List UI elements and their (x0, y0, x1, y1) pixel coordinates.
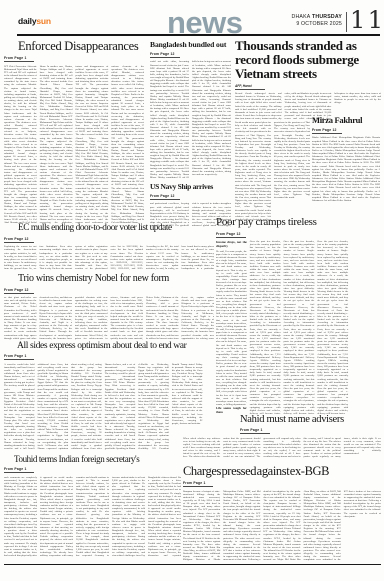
dateline: DHAKA THURSDAY 9 OCTOBER 2025 (260, 14, 342, 28)
kicker-from-page: From Page 12 (216, 231, 246, 238)
headline: Bangladesh bundled out (150, 41, 231, 49)
article-touhid-comments: Touhid terms Indian foreign secretary's … (4, 455, 181, 560)
dateline-city-day: DHAKA THURSDAY (260, 14, 342, 21)
article-body: so that giant molecules can enter and ex… (4, 296, 214, 342)
article-vietnam-floods-continuation: Social media users posted pleas for help… (235, 121, 310, 222)
article-charges-ex-bgb: Charges pressed against ex-BGB From Page… (183, 465, 381, 562)
article-ec-voter-list: EC mulls ending door-to-door voter list … (4, 224, 214, 273)
headline: Mirza Fakhrul (312, 116, 380, 125)
page-number-divider (346, 12, 347, 32)
kicker-from-page: From Page 12 (312, 127, 342, 134)
article-body: Dhaka Additional Chief Metropolitan Magi… (312, 136, 380, 226)
article-body: Social media users posted pleas for help… (235, 121, 310, 222)
masthead-rule (17, 34, 380, 37)
newspaper-page: dailysun news DHAKA THURSDAY 9 OCTOBER 2… (0, 0, 384, 581)
article-enforced-disappearances: Enforced Disappearances From Page 1 ICT … (4, 40, 144, 225)
kicker-from-page: From Page 1 (4, 466, 34, 473)
logo-daily: daily (18, 16, 36, 26)
headline: US Navy Ship arrives (150, 183, 231, 191)
article-body: could not settle either, becoming Omarza… (150, 60, 231, 180)
article-nahid-advisers: Nahid must name advisers From Page 1 Whe… (183, 414, 381, 461)
daily-sun-logo: dailysun (18, 16, 51, 26)
kicker-from-page: From Page 1 (183, 480, 213, 487)
subhead-income-drops: Income drops, not the disparity (216, 241, 247, 249)
article-body-text: Over the past few decades, just as the c… (250, 240, 348, 415)
article-poor-pay-postmen: Poor pay cramps tireless From Page 12 In… (216, 217, 382, 417)
headline: Touhid terms Indian foreign secretary's (14, 455, 181, 464)
article-bangladesh-bundled-out: Bangladesh bundled out From Page 12 coul… (150, 41, 231, 180)
article-body: Rampura became a hotspot of state-sancti… (183, 490, 381, 562)
headline: Nahid must name advisers (240, 414, 381, 425)
article-body: Income drops, not the disparity He said,… (216, 240, 382, 417)
article-vietnam-floods: Thousands stranded as record floods subm… (235, 39, 381, 123)
kicker-from-page: From Page 1 (4, 353, 34, 360)
page-number: 11 (350, 7, 384, 33)
byline-afp-hanoi: AFP, Hanoi (235, 83, 265, 90)
dateline-date: 9 OCTOBER 2025 (260, 21, 342, 28)
article-body: Explaining the reason for not continuing… (4, 245, 214, 273)
page-bottom-rule (4, 564, 381, 565)
logo-sun: sun (36, 16, 51, 26)
kicker-from-page: From Page 1 (4, 55, 34, 62)
kicker-from-page: From Page 12 (150, 51, 180, 58)
headline: EC mulls ending door-to-door voter list … (18, 224, 214, 234)
article-mirza-fakhrul: Mirza Fakhrul From Page 12 Dhaka Additio… (312, 116, 380, 226)
kicker-from-page: From Page 12 (4, 287, 34, 294)
article-chemistry-nobel: Trio wins chemistry Nobel for new form F… (4, 274, 214, 342)
kicker-from-page: From Page 12 (150, 193, 180, 200)
headline: Poor pay cramps tireless (216, 217, 382, 229)
kicker-from-page: From Page 12 (4, 236, 34, 243)
headline: Enforced Disappearances (18, 40, 144, 53)
article-body: ICT Chief Prosecutor Advocate Muhammad T… (4, 65, 144, 225)
article-body: When asked whether any advisers were in … (183, 437, 381, 461)
article-body: such comments are completely unwarranted… (4, 476, 181, 560)
headline: All sides express optimism about deal to… (17, 341, 236, 351)
headline: Thousands stranded as record floods subm… (235, 39, 381, 81)
kicker-from-page: From Page 1 (240, 427, 270, 434)
headline: Charges pressed against ex-BGB (183, 465, 381, 478)
headline: Trio wins chemistry Nobel for new form (18, 274, 214, 285)
